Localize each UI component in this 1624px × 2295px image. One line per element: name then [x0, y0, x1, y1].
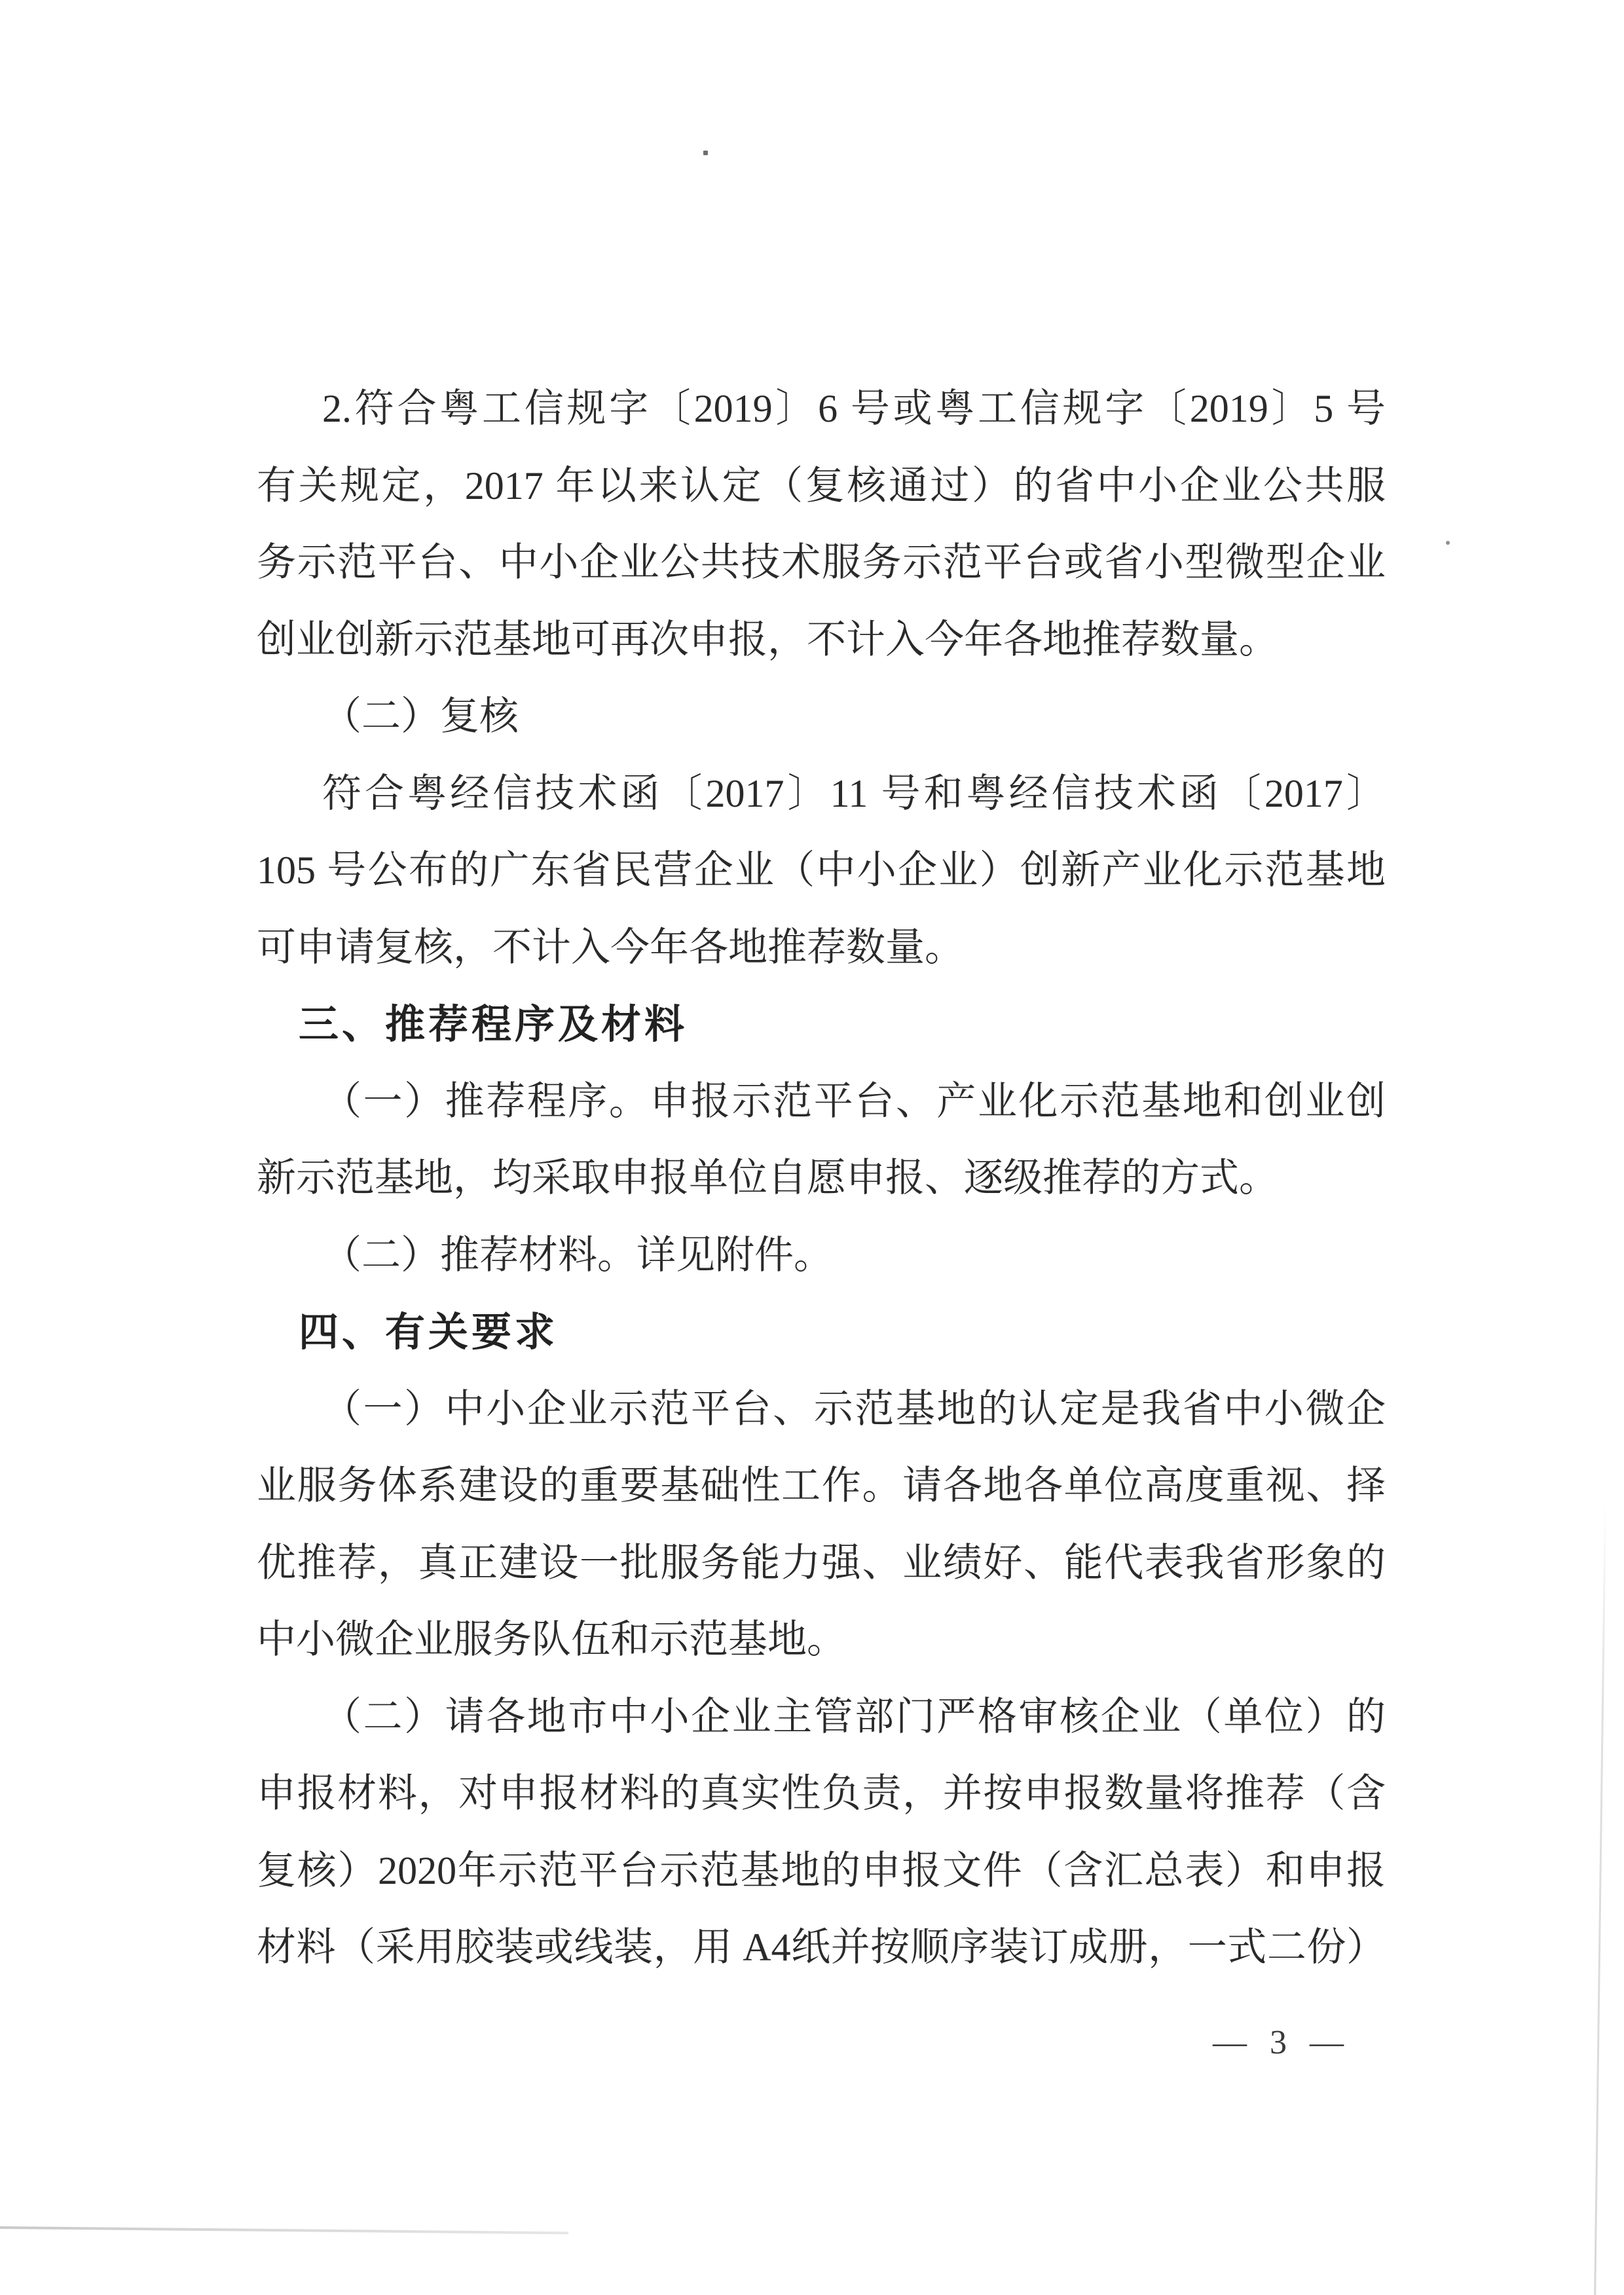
doc-line: 新示范基地，均采取申报单位自愿申报、逐级推荐的方式。 [257, 1140, 1386, 1217]
doc-line: 材料（采用胶装或线装，用 A4纸并按顺序装订成册，一式二份） [257, 1909, 1386, 1987]
doc-line: 复核）2020年示范平台示范基地的申报文件（含汇总表）和申报 [257, 1833, 1386, 1910]
doc-line: 2.符合粤工信规字〔2019〕6 号或粤工信规字〔2019〕5 号 [257, 371, 1386, 448]
page-number: — 3 — [1213, 2022, 1348, 2064]
doc-line: （二）推荐材料。详见附件。 [257, 1217, 1386, 1294]
doc-line: 中小微企业服务队伍和示范基地。 [257, 1602, 1386, 1679]
doc-line: 符合粤经信技术函〔2017〕11 号和粤经信技术函〔2017〕 [257, 756, 1386, 833]
doc-line: 申报材料，对申报材料的真实性负责，并按申报数量将推荐（含 [257, 1755, 1386, 1833]
doc-line: 务示范平台、中小企业公共技术服务示范平台或省小型微型企业 [257, 524, 1386, 602]
scan-speck [703, 151, 708, 155]
scan-speck [1446, 541, 1450, 545]
doc-line: （一）中小企业示范平台、示范基地的认定是我省中小微企 [257, 1371, 1386, 1448]
scan-fold-line [0, 2226, 568, 2234]
doc-line: 创业创新示范基地可再次申报，不计入今年各地推荐数量。 [257, 602, 1386, 679]
section-heading: 三、推荐程序及材料 [257, 986, 1386, 1063]
doc-line: 优推荐，真正建设一批服务能力强、业绩好、能代表我省形象的 [257, 1525, 1386, 1602]
doc-line: 可申请复核，不计入今年各地推荐数量。 [257, 909, 1386, 987]
doc-line: （一）推荐程序。申报示范平台、产业化示范基地和创业创 [257, 1063, 1386, 1141]
doc-line: （二）复核 [257, 678, 1386, 756]
scan-edge-shadow-line [1594, 1503, 1606, 2295]
doc-line: 有关规定，2017 年以来认定（复核通过）的省中小企业公共服 [257, 448, 1386, 525]
doc-line: 业服务体系建设的重要基础性工作。请各地各单位高度重视、择 [257, 1448, 1386, 1525]
doc-line: 105 号公布的广东省民营企业（中小企业）创新产业化示范基地 [257, 832, 1386, 909]
document-page: 2.符合粤工信规字〔2019〕6 号或粤工信规字〔2019〕5 号 有关规定，2… [0, 0, 1624, 2295]
document-body: 2.符合粤工信规字〔2019〕6 号或粤工信规字〔2019〕5 号 有关规定，2… [257, 371, 1386, 1987]
doc-line: （二）请各地市中小企业主管部门严格审核企业（单位）的 [257, 1679, 1386, 1756]
section-heading: 四、有关要求 [257, 1294, 1386, 1371]
